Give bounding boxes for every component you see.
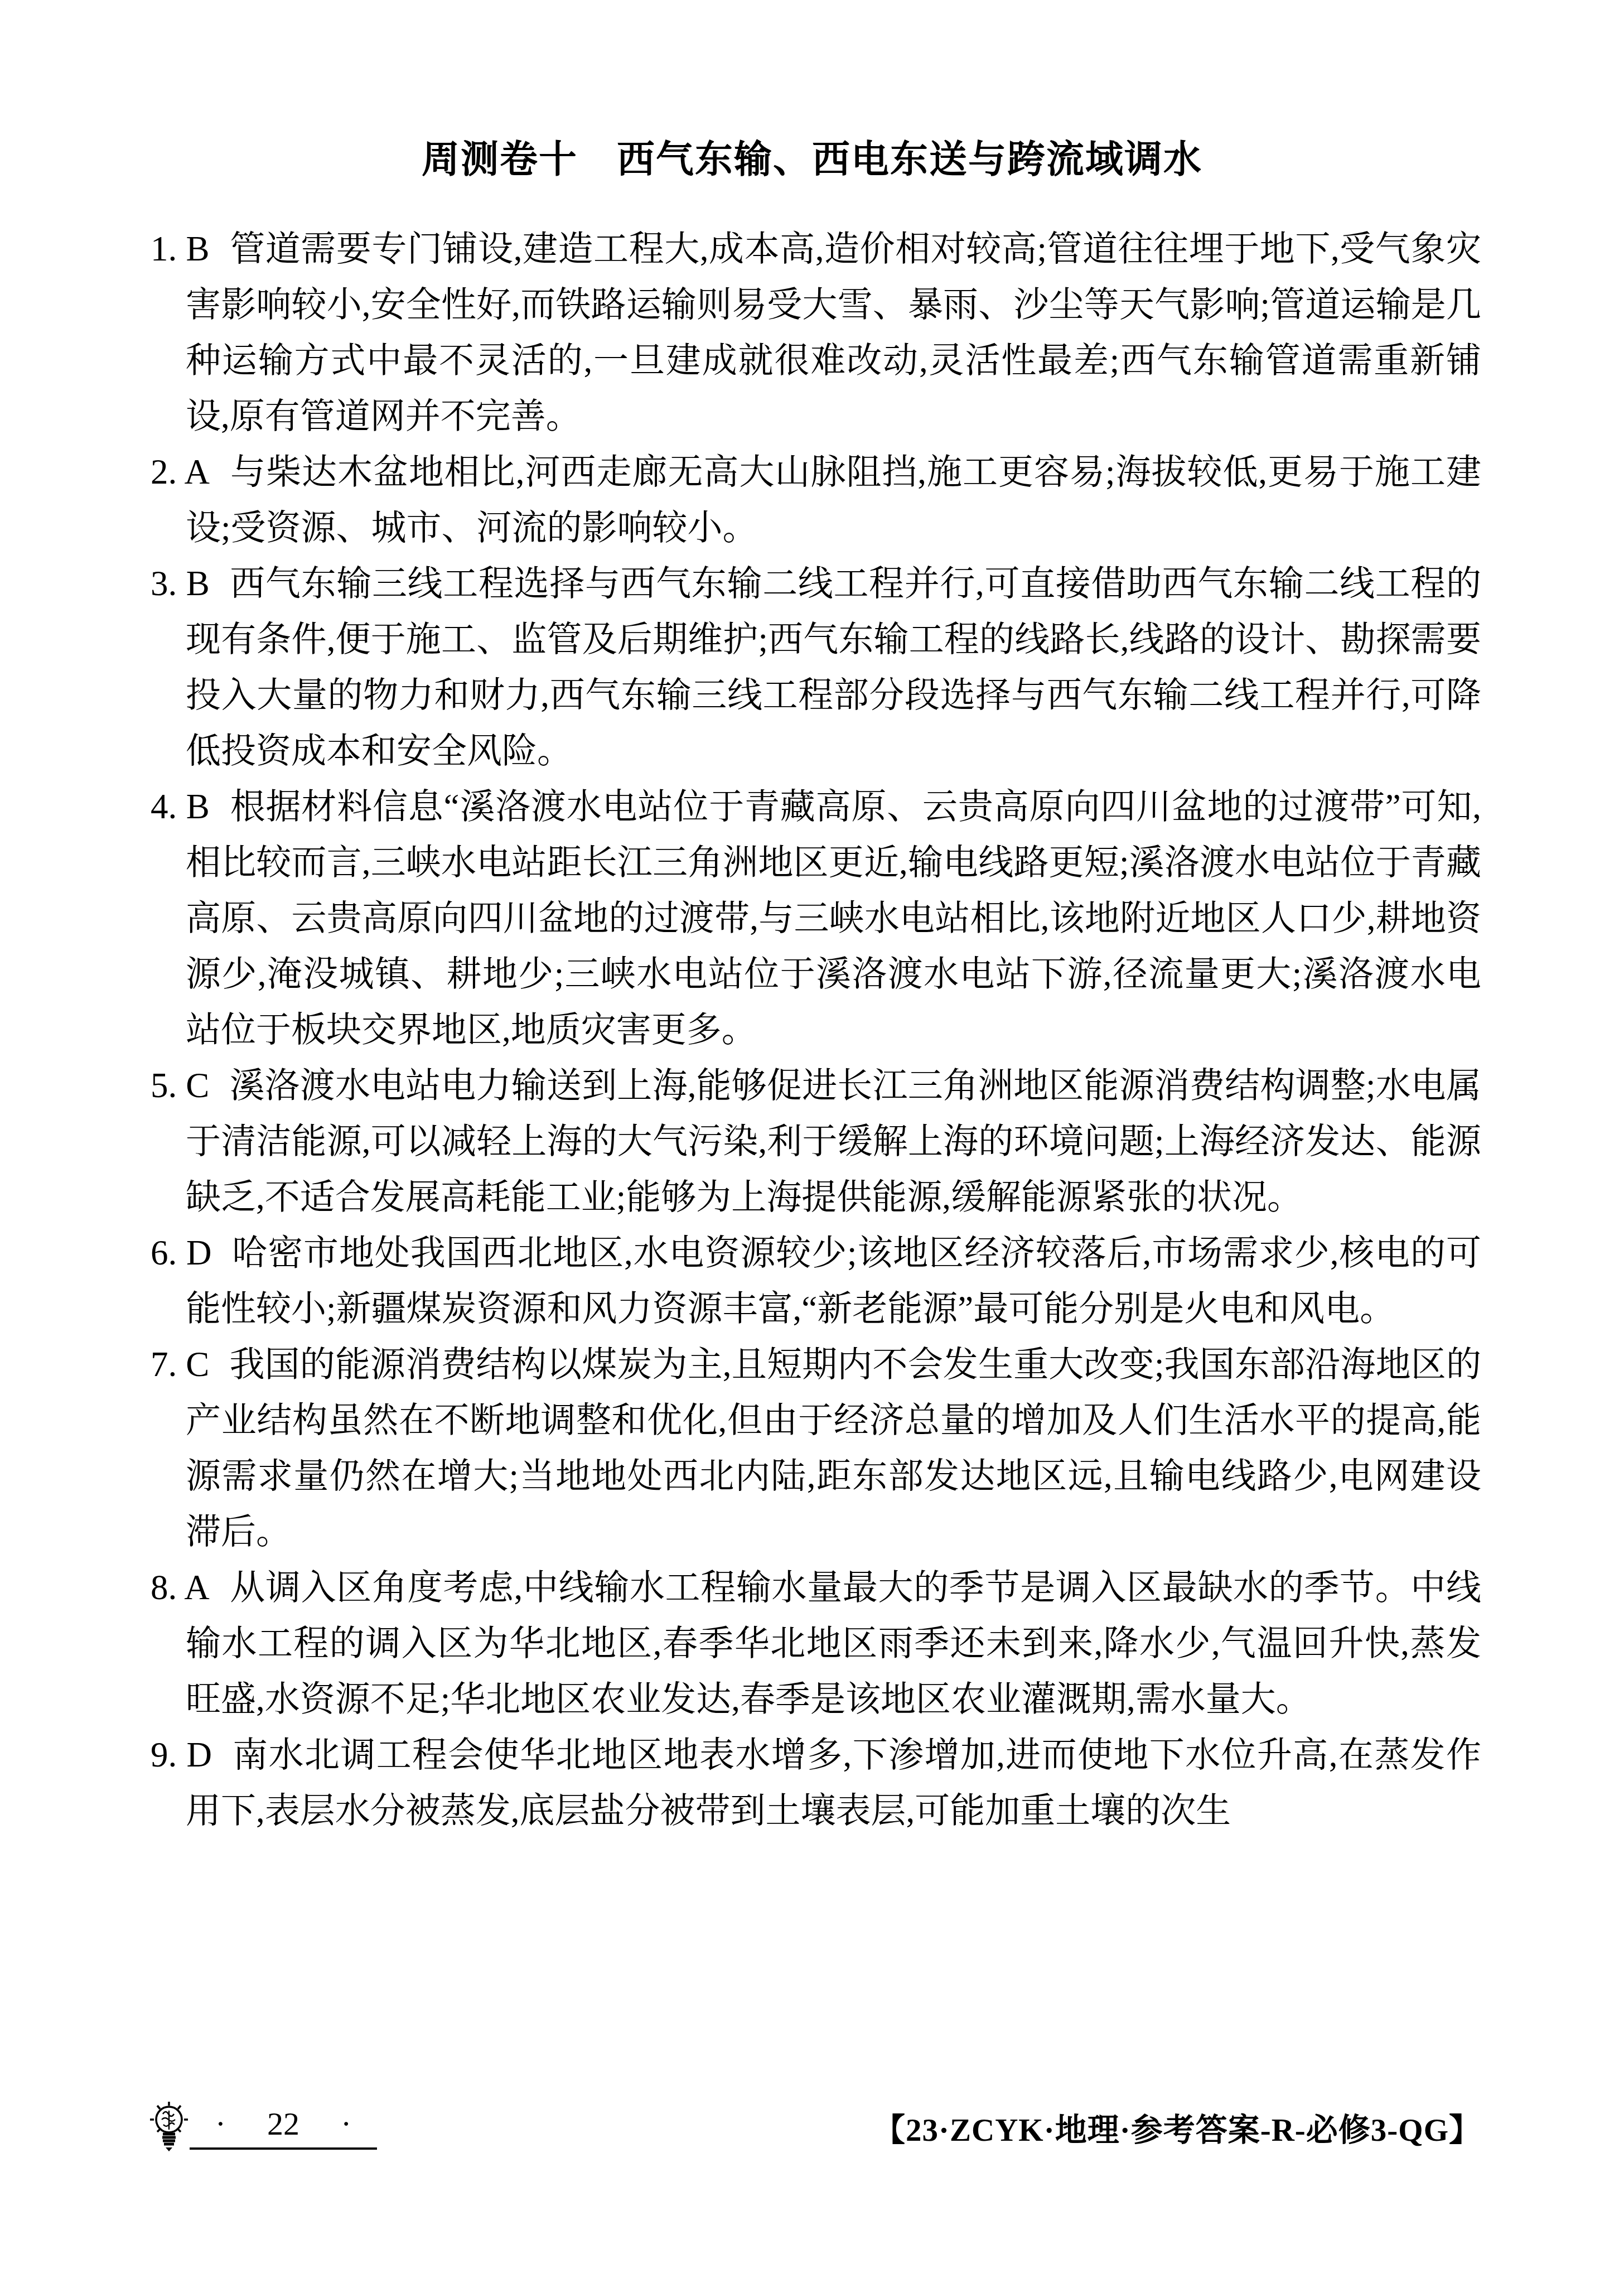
- answer-item-3: 3. B西气东输三线工程选择与西气东输二线工程并行,可直接借助西气东输二线工程的…: [151, 556, 1481, 779]
- answer-text: 从调入区角度考虑,中线输水工程输水量最大的季节是调入区最缺水的季节。中线输水工程…: [186, 1568, 1481, 1719]
- answer-text: 溪洛渡水电站电力输送到上海,能够促进长江三角洲地区能源消费结构调整;水电属于清洁…: [186, 1066, 1481, 1217]
- footer-page-number-block: · 22 ·: [148, 2101, 377, 2159]
- answer-item-6: 6. D哈密市地处我国西北地区,水电资源较少;该地区经济较落后,市场需求少,核电…: [151, 1225, 1481, 1336]
- page-number-underline: · 22 ·: [190, 2104, 377, 2150]
- page-number: 22: [267, 2104, 299, 2144]
- answer-marker: 2. A: [151, 452, 210, 491]
- answer-item-7: 7. C我国的能源消费结构以煤炭为主,且短期内不会发生重大改变;我国东部沿海地区…: [151, 1336, 1481, 1560]
- answer-text: 管道需要专门铺设,建造工程大,成本高,造价相对较高;管道往往埋于地下,受气象灾害…: [186, 229, 1481, 436]
- answer-marker: 9. D: [151, 1735, 212, 1774]
- answer-marker: 4. B: [151, 787, 210, 826]
- answer-marker: 5. C: [151, 1066, 209, 1105]
- answer-item-8: 8. A从调入区角度考虑,中线输水工程输水量最大的季节是调入区最缺水的季节。中线…: [151, 1560, 1481, 1727]
- answer-text: 哈密市地处我国西北地区,水电资源较少;该地区经济较落后,市场需求少,核电的可能性…: [186, 1233, 1481, 1328]
- answer-item-9: 9. D南水北调工程会使华北地区地表水增多,下渗增加,进而使地下水位升高,在蒸发…: [151, 1727, 1481, 1838]
- dot-separator: ·: [341, 2104, 351, 2144]
- answer-marker: 1. B: [151, 229, 210, 268]
- answer-text: 根据材料信息“溪洛渡水电站位于青藏高原、云贵高原向四川盆地的过渡带”可知,相比较…: [186, 787, 1481, 1049]
- answer-item-4: 4. B根据材料信息“溪洛渡水电站位于青藏高原、云贵高原向四川盆地的过渡带”可知…: [151, 779, 1481, 1058]
- footer-edition-label: 【23·ZCYK·地理·参考答案-R-必修3-QG】: [873, 2112, 1481, 2150]
- answer-item-1: 1. B管道需要专门铺设,建造工程大,成本高,造价相对较高;管道往往埋于地下,受…: [151, 221, 1481, 444]
- answer-text: 我国的能源消费结构以煤炭为主,且短期内不会发生重大改变;我国东部沿海地区的产业结…: [186, 1345, 1481, 1551]
- answer-marker: 7. C: [151, 1345, 209, 1384]
- answer-item-5: 5. C溪洛渡水电站电力输送到上海,能够促进长江三角洲地区能源消费结构调整;水电…: [151, 1058, 1481, 1225]
- page-title: 周测卷十 西气东输、西电东送与跨流域调水: [0, 137, 1624, 183]
- dot-separator: ·: [215, 2104, 226, 2144]
- answer-marker: 3. B: [151, 564, 210, 603]
- document-page: 周测卷十 西气东输、西电东送与跨流域调水 1. B管道需要专门铺设,建造工程大,…: [0, 0, 1624, 2283]
- lightbulb-icon: [148, 2101, 190, 2159]
- answer-item-2: 2. A与柴达木盆地相比,河西走廊无高大山脉阻挡,施工更容易;海拔较低,更易于施…: [151, 444, 1481, 556]
- answer-marker: 6. D: [151, 1233, 211, 1272]
- answer-list: 1. B管道需要专门铺设,建造工程大,成本高,造价相对较高;管道往往埋于地下,受…: [151, 221, 1481, 1838]
- answer-text: 西气东输三线工程选择与西气东输二线工程并行,可直接借助西气东输二线工程的现有条件…: [186, 564, 1481, 770]
- answer-marker: 8. A: [151, 1568, 210, 1607]
- answer-text: 与柴达木盆地相比,河西走廊无高大山脉阻挡,施工更容易;海拔较低,更易于施工建设;…: [186, 452, 1481, 547]
- answer-text: 南水北调工程会使华北地区地表水增多,下渗增加,进而使地下水位升高,在蒸发作用下,…: [186, 1735, 1481, 1830]
